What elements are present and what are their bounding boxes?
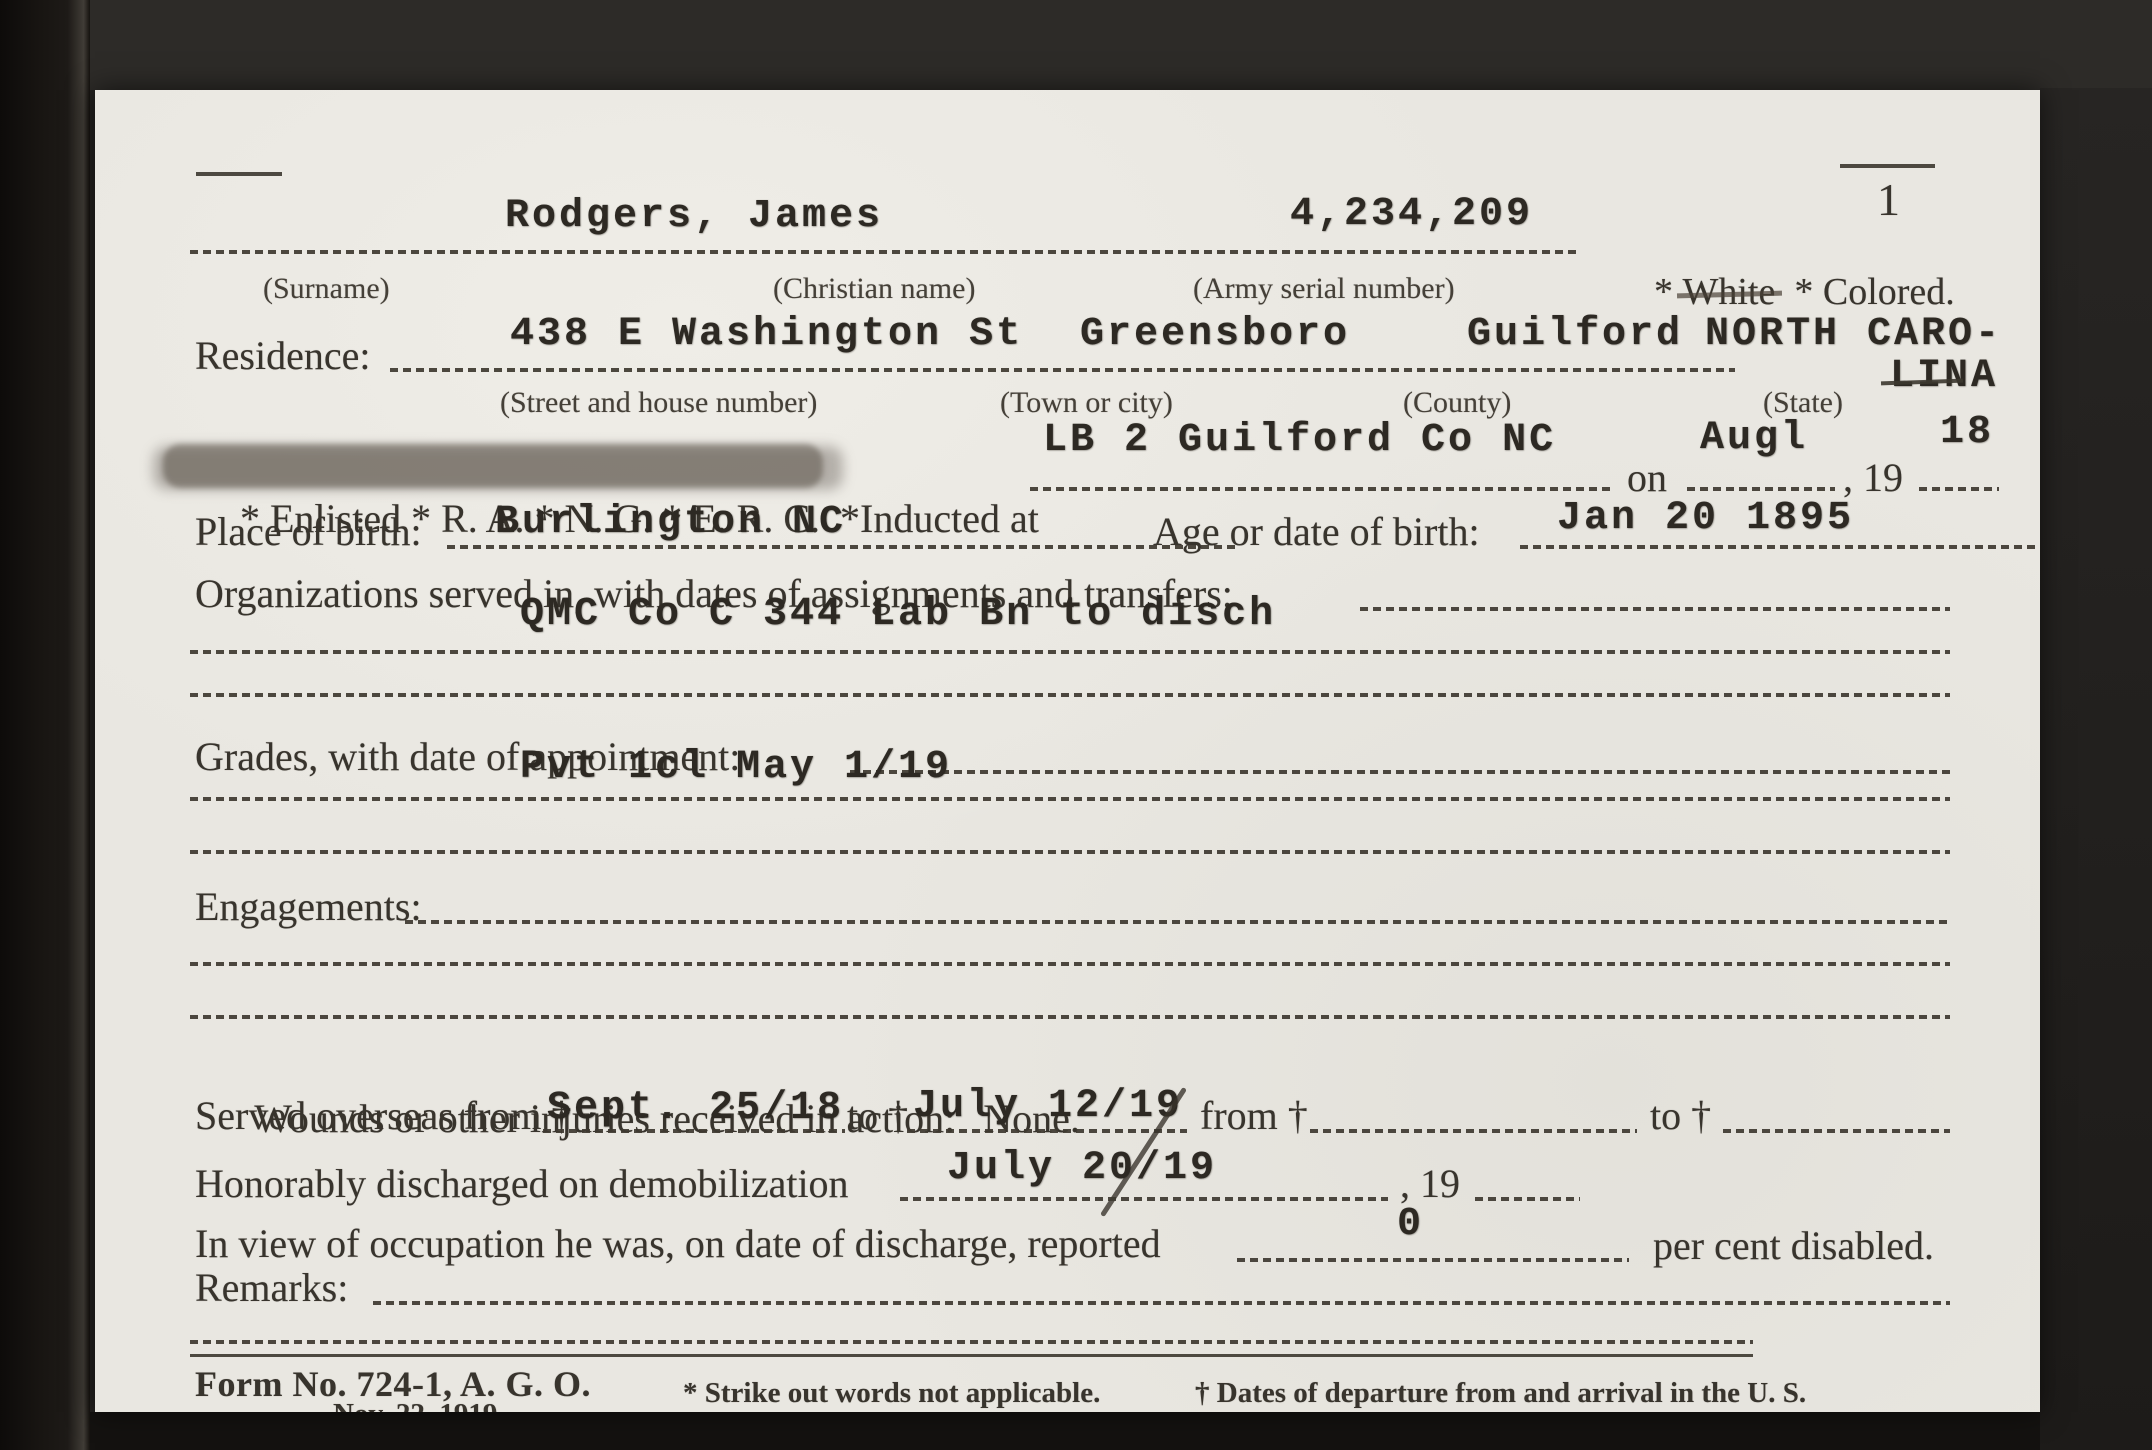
residence-label: Residence: [195, 334, 371, 379]
overseas-from2-rule [1310, 1129, 1637, 1133]
engagements-label: Engagements: [195, 885, 422, 930]
surname-christian-typed: Rodgers, James [505, 194, 883, 239]
induction-year-rule [1919, 487, 1999, 491]
county-typed: Guilford [1467, 312, 1683, 357]
birth-date-rule [1520, 545, 2040, 549]
state-label: (State) [1763, 386, 1843, 420]
film-edge-strip [0, 0, 90, 1450]
serial-number-typed: 4,234,209 [1290, 192, 1533, 237]
disability-rule [1237, 1258, 1629, 1262]
overseas-to2-label: to † [1650, 1094, 1711, 1139]
overseas-from-rule [543, 1129, 845, 1133]
induction-place-rule [1030, 487, 1610, 491]
disability-label: In view of occupation he was, on date of… [195, 1222, 1161, 1267]
page-number: 1 [1877, 174, 1900, 226]
race-star: * [1654, 271, 1673, 313]
race-white-struck: White [1683, 271, 1776, 314]
dagger-note: † Dates of departure from and arrival in… [1195, 1377, 1806, 1409]
discharge-date-typed: July 20/19 [947, 1146, 1217, 1191]
discharge-year-label: , 19 [1400, 1162, 1460, 1207]
induction-year-typed: 18 [1940, 410, 1994, 455]
discharge-year-rule [1475, 1197, 1580, 1201]
christian-name-label: (Christian name) [773, 272, 975, 306]
state-typed-line1: NORTH CARO- [1705, 312, 2002, 357]
strike-out-note: * Strike out words not applicable. [683, 1377, 1100, 1409]
overseas-to-typed: July 12/19 [913, 1084, 1183, 1129]
footer-solid-rule [190, 1354, 1753, 1357]
organizations-rule-2 [190, 693, 1950, 697]
overseas-to2-rule [1723, 1129, 1950, 1133]
birth-place-typed: Burlington NC [495, 500, 846, 545]
town-label: (Town or city) [1000, 386, 1173, 420]
disability-suffix-label: per cent disabled. [1653, 1224, 1934, 1269]
induction-month-typed: Augl [1700, 416, 1808, 461]
overseas-to-label: to † [847, 1094, 908, 1139]
ink-smear-strike [163, 444, 823, 488]
discharge-label: Honorably discharged on demobilization [195, 1162, 849, 1207]
scan-right-band [2040, 88, 2152, 1450]
birth-place-rule [447, 545, 1237, 549]
overseas-to-rule [907, 1129, 1187, 1133]
street-label: (Street and house number) [500, 386, 817, 420]
inducted-at-label: *Inducted at [840, 496, 1039, 541]
residence-rule [390, 368, 1735, 372]
grades-rule-1 [190, 797, 1950, 801]
grades-rule-2 [190, 850, 1950, 854]
photostat-scan: 1 Rodgers, James 4,234,209 * White * Col… [0, 0, 2152, 1450]
town-typed: Greensboro [1080, 312, 1350, 357]
name-rule [190, 250, 1580, 254]
service-record-card: 1 Rodgers, James 4,234,209 * White * Col… [95, 90, 2040, 1412]
disability-percent-typed: 0 [1397, 1202, 1424, 1247]
serial-number-label: (Army serial number) [1193, 272, 1455, 306]
engagements-rule-1 [190, 962, 1950, 966]
organizations-rule-trail [1360, 607, 1950, 611]
page-number-overline [1840, 164, 1935, 168]
place-of-birth-label: Place of birth: [195, 510, 422, 555]
organizations-typed: QMC Co C 344 Lab Bn to disch [520, 592, 1276, 637]
remarks-label: Remarks: [195, 1266, 348, 1311]
corner-dash-mark [196, 172, 282, 176]
surname-label: (Surname) [263, 272, 390, 306]
form-date: Nov. 22, 1919 [333, 1398, 497, 1412]
race-colored: * Colored. [1794, 271, 1954, 313]
remarks-rule [373, 1301, 1950, 1305]
organizations-rule-1 [190, 650, 1950, 654]
age-or-birthdate-label: Age or date of birth: [1153, 510, 1480, 555]
engagements-rule-2 [190, 1015, 1950, 1019]
scan-bottom-band [90, 1412, 2040, 1450]
overseas-from2-label: from † [1200, 1094, 1308, 1139]
induction-date-rule [1687, 487, 1835, 491]
street-typed: 438 E Washington St [510, 312, 1023, 357]
scan-top-band [90, 0, 2152, 90]
overseas-from-typed: Sept. 25/18 [547, 1086, 844, 1131]
induction-place-typed: LB 2 Guilford Co NC [1043, 418, 1556, 463]
grades-rule-trail [850, 770, 1950, 774]
footer-dashed-rule [190, 1340, 1753, 1344]
state-typed-line2: LINA [1890, 354, 1998, 399]
engagements-rule-trail [405, 920, 1950, 924]
on-label: on [1627, 456, 1667, 501]
grades-typed: Pvt 1cl May 1/19 [520, 745, 952, 790]
discharge-date-rule [900, 1197, 1388, 1201]
year-19-label: , 19 [1843, 456, 1903, 501]
overseas-label: Served overseas from † [195, 1094, 572, 1139]
county-label: (County) [1403, 386, 1511, 420]
birth-date-typed: Jan 20 1895 [1557, 496, 1854, 541]
